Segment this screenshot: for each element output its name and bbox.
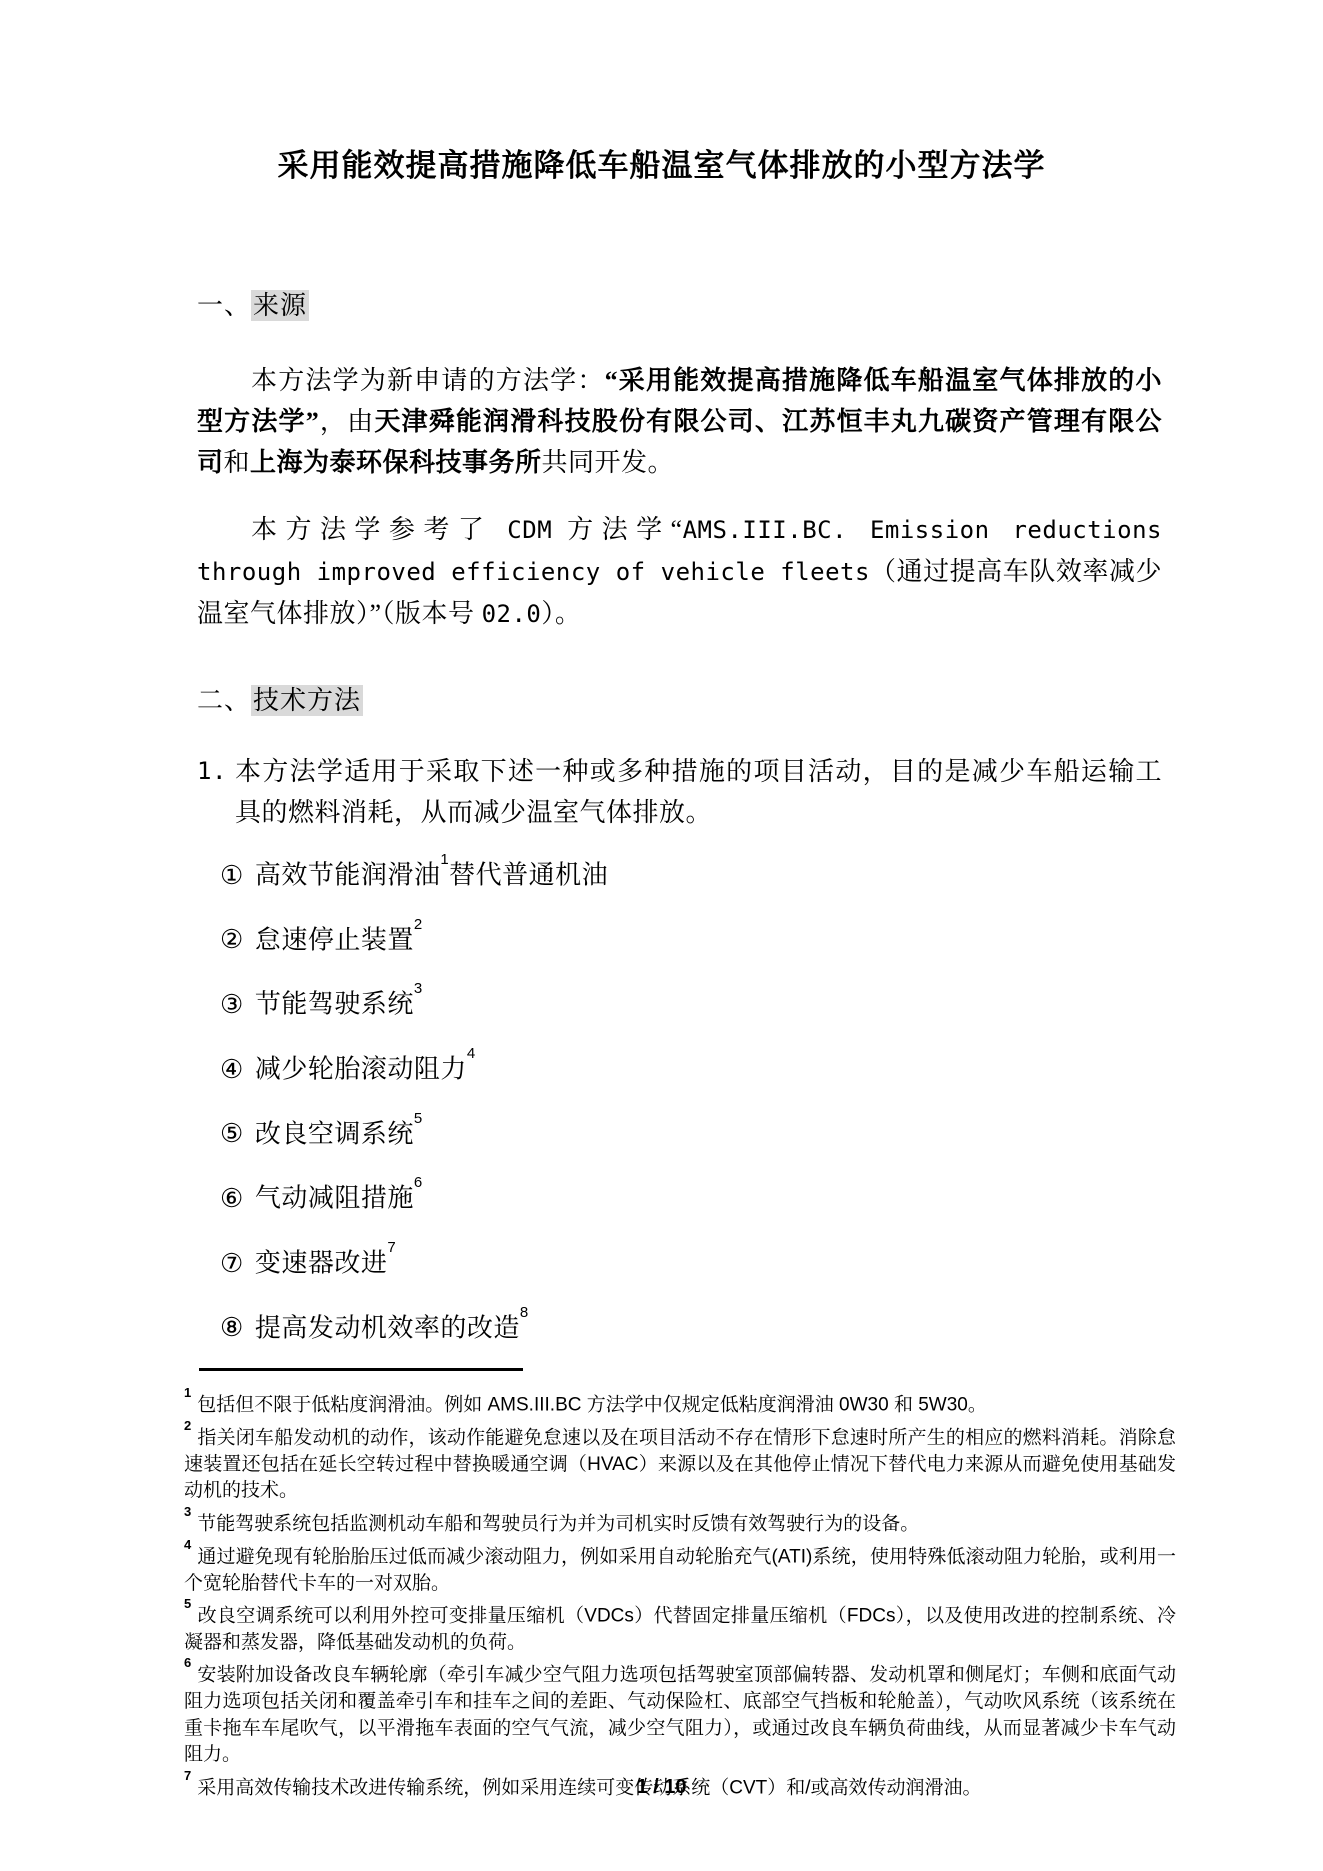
text-run-bold: 上海为泰环保科技事务所 bbox=[250, 448, 542, 477]
circled-number: ⑥ bbox=[220, 1184, 244, 1213]
measure-text: 减少轮胎滚动阻力 bbox=[255, 1055, 467, 1084]
list-item-measure-2: ②怠速停止装置2 bbox=[197, 914, 1162, 961]
footnote-marker: 4 bbox=[184, 1537, 191, 1552]
measure-text: 气动减阻措施 bbox=[255, 1184, 414, 1213]
section-number: 二、 bbox=[197, 686, 251, 715]
measure-text: 替代普通机油 bbox=[449, 861, 608, 890]
footnote-separator-rule bbox=[199, 1368, 523, 1371]
section-heading-highlight: 技术方法 bbox=[251, 685, 363, 716]
text-run: 和 bbox=[224, 448, 251, 477]
measure-text: 改良空调系统 bbox=[255, 1119, 414, 1148]
measure-text: 节能驾驶系统 bbox=[255, 990, 414, 1019]
footnote-ref: 2 bbox=[414, 916, 423, 933]
text-run: 本方法学为新申请的方法学： bbox=[251, 366, 605, 395]
measure-text: 高效节能润滑油 bbox=[255, 861, 441, 890]
item-number: 1. bbox=[197, 751, 235, 833]
section-number: 一、 bbox=[197, 291, 251, 320]
section-heading-source: 一、来源 bbox=[197, 288, 1162, 324]
list-item-measure-3: ③节能驾驶系统3 bbox=[197, 978, 1162, 1025]
circled-number: ⑧ bbox=[220, 1313, 244, 1342]
footnote-text: 包括但不限于低粘度润滑油。例如 AMS.III.BC 方法学中仅规定低粘度润滑油… bbox=[197, 1395, 987, 1416]
circled-number: ③ bbox=[220, 990, 244, 1019]
text-run-latin: 02.0 bbox=[482, 600, 542, 628]
footnote-ref: 3 bbox=[414, 980, 423, 997]
circled-number: ① bbox=[220, 861, 244, 890]
list-item-measure-1: ①高效节能润滑油1替代普通机油 bbox=[197, 849, 1162, 896]
text-run: 本方法学参考了 bbox=[251, 515, 507, 544]
footnote-5: 5改良空调系统可以利用外控可变排量压缩机（VDCs）代替固定排量压缩机（FDCs… bbox=[184, 1597, 1176, 1656]
page-content: 采用能效提高措施降低车船温室气体排放的小型方法学 一、来源 本方法学为新申请的方… bbox=[197, 0, 1162, 1802]
page-number: 1 / 10 bbox=[0, 1776, 1323, 1799]
footnote-marker: 2 bbox=[184, 1418, 191, 1433]
footnote-ref: 8 bbox=[520, 1304, 529, 1321]
footnote-ref: 1 bbox=[440, 851, 449, 868]
footnote-ref: 6 bbox=[414, 1174, 423, 1191]
footnote-marker: 5 bbox=[184, 1596, 191, 1611]
text-run: ）。 bbox=[541, 599, 581, 628]
footnote-ref: 5 bbox=[414, 1110, 423, 1127]
circled-number: ④ bbox=[220, 1055, 244, 1084]
text-run-latin: CDM bbox=[507, 516, 552, 544]
footnote-marker: 6 bbox=[184, 1655, 191, 1670]
footnote-text: 改良空调系统可以利用外控可变排量压缩机（VDCs）代替固定排量压缩机（FDCs）… bbox=[184, 1605, 1176, 1653]
footnote-ref: 7 bbox=[387, 1239, 396, 1256]
text-run: ，由 bbox=[319, 407, 374, 436]
list-item-measure-6: ⑥气动减阻措施6 bbox=[197, 1172, 1162, 1219]
footnote-1: 1包括但不限于低粘度润滑油。例如 AMS.III.BC 方法学中仅规定低粘度润滑… bbox=[184, 1386, 1176, 1419]
footnote-ref: 4 bbox=[467, 1045, 476, 1062]
item-text: 本方法学适用于采取下述一种或多种措施的项目活动，目的是减少车船运输工具的燃料消耗… bbox=[235, 751, 1162, 833]
footnote-text: 安装附加设备改良车辆轮廓（牵引车减少空气阻力选项包括驾驶室顶部偏转器、发动机罩和… bbox=[184, 1665, 1176, 1766]
document-page: 采用能效提高措施降低车船温室气体排放的小型方法学 一、来源 本方法学为新申请的方… bbox=[0, 0, 1323, 1871]
footnote-marker: 3 bbox=[184, 1504, 191, 1519]
footnote-text: 指关闭车船发动机的动作，该动作能避免怠速以及在项目活动不存在情形下怠速时所产生的… bbox=[184, 1427, 1176, 1501]
circled-number: ② bbox=[220, 925, 244, 954]
footnote-6: 6安装附加设备改良车辆轮廓（牵引车减少空气阻力选项包括驾驶室顶部偏转器、发动机罩… bbox=[184, 1656, 1176, 1768]
measure-text: 提高发动机效率的改造 bbox=[255, 1313, 520, 1342]
circled-number: ⑦ bbox=[220, 1249, 244, 1278]
section-heading-technical-method: 二、技术方法 bbox=[197, 683, 1162, 719]
paragraph-cdm-reference: 本方法学参考了 CDM 方法学“AMS.III.BC. Emission red… bbox=[197, 509, 1162, 635]
text-run: 共同开发。 bbox=[542, 448, 675, 477]
list-item-measure-7: ⑦变速器改进7 bbox=[197, 1237, 1162, 1284]
list-item-measure-8: ⑧提高发动机效率的改造8 bbox=[197, 1302, 1162, 1349]
measure-text: 变速器改进 bbox=[255, 1249, 388, 1278]
footnote-text: 节能驾驶系统包括监测机动车船和驾驶员行为并为司机实时反馈有效驾驶行为的设备。 bbox=[197, 1513, 919, 1534]
measures-list: ①高效节能润滑油1替代普通机油 ②怠速停止装置2 ③节能驾驶系统3 ④减少轮胎滚… bbox=[197, 849, 1162, 1348]
section-heading-highlight: 来源 bbox=[251, 290, 309, 321]
list-item-measure-5: ⑤改良空调系统5 bbox=[197, 1108, 1162, 1155]
measure-text: 怠速停止装置 bbox=[255, 925, 414, 954]
footnote-marker: 1 bbox=[184, 1385, 191, 1400]
paragraph-methodology-origin: 本方法学为新申请的方法学：“采用能效提高措施降低车船温室气体排放的小型方法学”，… bbox=[197, 360, 1162, 483]
footnotes-block: 1包括但不限于低粘度润滑油。例如 AMS.III.BC 方法学中仅规定低粘度润滑… bbox=[184, 1386, 1176, 1801]
footnote-3: 3节能驾驶系统包括监测机动车船和驾驶员行为并为司机实时反馈有效驾驶行为的设备。 bbox=[184, 1505, 1176, 1538]
circled-number: ⑤ bbox=[220, 1119, 244, 1148]
list-item-measure-4: ④减少轮胎滚动阻力4 bbox=[197, 1043, 1162, 1090]
numbered-item-1: 1. 本方法学适用于采取下述一种或多种措施的项目活动，目的是减少车船运输工具的燃… bbox=[197, 751, 1162, 833]
document-title: 采用能效提高措施降低车船温室气体排放的小型方法学 bbox=[161, 145, 1162, 187]
text-run: 方法学“ bbox=[552, 515, 682, 544]
footnote-2: 2指关闭车船发动机的动作，该动作能避免怠速以及在项目活动不存在情形下怠速时所产生… bbox=[184, 1419, 1176, 1505]
footnote-4: 4通过避免现有轮胎胎压过低而减少滚动阻力，例如采用自动轮胎充气(ATI)系统，使… bbox=[184, 1538, 1176, 1597]
footnote-text: 通过避免现有轮胎胎压过低而减少滚动阻力，例如采用自动轮胎充气(ATI)系统，使用… bbox=[184, 1546, 1176, 1594]
text-run: ”（版本号 bbox=[370, 599, 482, 628]
